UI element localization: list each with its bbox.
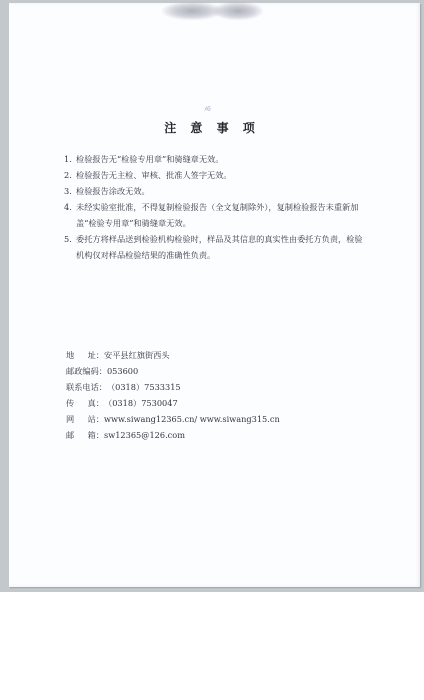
contact-value: 053600 bbox=[107, 366, 138, 376]
note-number: 4. bbox=[64, 199, 76, 215]
notes-list: 1. 检验报告无“检验专用章”和骑缝章无效。 2. 检验报告无主检、审核、批准人… bbox=[64, 151, 364, 263]
note-number: 5. bbox=[64, 231, 76, 247]
stray-mark: ﾒ6 bbox=[204, 104, 211, 113]
contact-value: （0318）7533315 bbox=[107, 382, 181, 392]
contact-fax: 传真：（0318）7530047 bbox=[66, 395, 366, 411]
note-number: 2. bbox=[64, 167, 76, 183]
contact-label: 联系电话： bbox=[66, 379, 107, 395]
document-page bbox=[9, 3, 420, 587]
contact-website: 网站：www.siwang12365.cn/ www.siwang315.cn bbox=[66, 411, 366, 427]
contact-address: 地址：安平县红旗街西头 bbox=[66, 347, 366, 363]
contact-label: 传真： bbox=[66, 395, 104, 411]
contact-phone: 联系电话：（0318）7533315 bbox=[66, 379, 366, 395]
note-item: 3. 检验报告涂改无效。 bbox=[64, 183, 364, 199]
contact-label: 邮箱： bbox=[66, 427, 104, 443]
page-title: 注 意 事 项 bbox=[0, 119, 424, 136]
contact-value: sw12365@126.com bbox=[104, 430, 185, 440]
contact-label: 地址： bbox=[66, 347, 104, 363]
note-number: 1. bbox=[64, 151, 76, 167]
note-text: 委托方将样品送到检验机构检验时，样品及其信息的真实性由委托方负责，检验机构仅对样… bbox=[76, 231, 364, 263]
note-number: 3. bbox=[64, 183, 76, 199]
note-text: 检验报告涂改无效。 bbox=[76, 183, 364, 199]
contact-label: 邮政编码： bbox=[66, 363, 107, 379]
contact-value: 安平县红旗街西头 bbox=[104, 350, 170, 360]
scan-frame bbox=[0, 0, 424, 592]
contact-value: （0318）7530047 bbox=[104, 398, 178, 408]
note-item: 5. 委托方将样品送到检验机构检验时，样品及其信息的真实性由委托方负责，检验机构… bbox=[64, 231, 364, 263]
note-item: 2. 检验报告无主检、审核、批准人签字无效。 bbox=[64, 167, 364, 183]
note-item: 1. 检验报告无“检验专用章”和骑缝章无效。 bbox=[64, 151, 364, 167]
contact-info: 地址：安平县红旗街西头 邮政编码：053600 联系电话：（0318）75333… bbox=[66, 347, 366, 443]
note-text: 检验报告无“检验专用章”和骑缝章无效。 bbox=[76, 151, 364, 167]
note-text: 未经实验室批准，不得复制检验报告（全文复制除外），复制检验报告未重新加盖“检验专… bbox=[76, 199, 364, 231]
contact-email: 邮箱：sw12365@126.com bbox=[66, 427, 366, 443]
seal-stamp-fragment-right bbox=[213, 2, 263, 20]
contact-value: www.siwang12365.cn/ www.siwang315.cn bbox=[104, 414, 280, 424]
note-item: 4. 未经实验室批准，不得复制检验报告（全文复制除外），复制检验报告未重新加盖“… bbox=[64, 199, 364, 231]
note-text: 检验报告无主检、审核、批准人签字无效。 bbox=[76, 167, 364, 183]
contact-postcode: 邮政编码：053600 bbox=[66, 363, 366, 379]
contact-label: 网站： bbox=[66, 411, 104, 427]
